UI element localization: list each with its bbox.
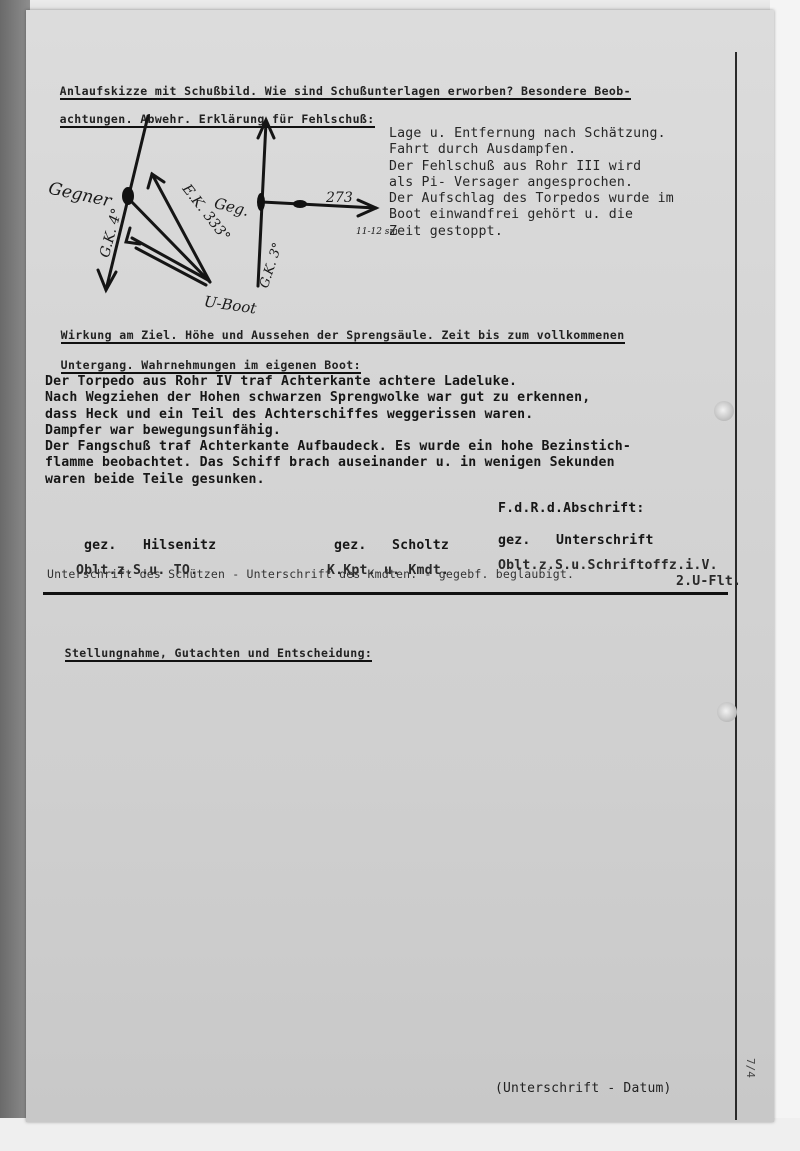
decision-signature-date: (Unterschrift - Datum): [495, 1081, 672, 1096]
effect-section-label: Wirkung am Ziel. Höhe und Aussehen der S…: [46, 314, 625, 342]
report-line: Nach Wegziehen der Hohen schwarzen Spren…: [45, 390, 631, 406]
note-line: Boot einwandfrei gehört u. die: [389, 207, 674, 223]
sketch-section-label: Anlaufskizze mit Schußbild. Wie sind Sch…: [45, 70, 631, 98]
report-line: waren beide Teile gesunken.: [45, 472, 631, 488]
certification-label: F.d.R.d.Abschrift:: [498, 501, 645, 517]
signature-gez-2: gez.: [334, 538, 367, 554]
sketch-label-bearing: 273: [326, 190, 353, 206]
report-line: Der Fangschuß traf Achterkante Aufbaudec…: [45, 439, 631, 455]
margin-mark: 7/4: [744, 1058, 757, 1078]
report-line: Der Torpedo aus Rohr IV traf Achterkante…: [45, 374, 631, 390]
punch-hole-bottom: [717, 702, 737, 722]
report-line: Dampfer war bewegungsunfähig.: [45, 423, 631, 439]
note-line: Lage u. Entfernung nach Schätzung.: [389, 126, 674, 142]
signature-name-2: Scholtz: [392, 538, 449, 554]
section-divider: [43, 592, 728, 595]
note-line: Fahrt durch Ausdampfen.: [389, 142, 674, 158]
signature-gez-3: gez.: [498, 533, 531, 549]
effect-report: Der Torpedo aus Rohr IV traf Achterkante…: [45, 374, 631, 488]
punch-hole-top: [714, 401, 734, 421]
report-line: dass Heck und ein Teil des Achterschiffe…: [45, 407, 631, 423]
effect-label-line-2: Untergang. Wahrnehmungen im eigenen Boot…: [61, 358, 361, 374]
note-line: Der Aufschlag des Torpedos wurde im: [389, 191, 674, 207]
signature-name-3: Unterschrift: [556, 533, 654, 549]
decision-label: Stellungnahme, Gutachten und Entscheidun…: [65, 646, 373, 662]
note-line: Der Fehlschuß aus Rohr III wird: [389, 159, 674, 175]
scan-backdrop-bottom: [0, 1118, 800, 1151]
scan-backdrop-right: [770, 0, 800, 1151]
decision-section-label: Stellungnahme, Gutachten und Entscheidun…: [50, 632, 372, 660]
effect-label-line-1: Wirkung am Ziel. Höhe und Aussehen der S…: [61, 328, 625, 344]
signature-name-1: Hilsenitz: [143, 538, 216, 554]
note-line: Zeit gestoppt.: [389, 224, 674, 240]
effect-section-label-2: Untergang. Wahrnehmungen im eigenen Boot…: [46, 344, 361, 372]
note-line: als Pi- Versager angesprochen.: [389, 175, 674, 191]
signature-caption: Unterschrift des Schützen - Unterschrift…: [47, 567, 574, 581]
signature-gez-1: gez.: [84, 538, 117, 554]
sketch-notes: Lage u. Entfernung nach Schätzung. Fahrt…: [389, 126, 674, 240]
report-line: flamme beobachtet. Das Schiff brach ause…: [45, 455, 631, 471]
signature-unit: 2.U-Flt.: [676, 574, 741, 590]
attack-sketch: [40, 110, 400, 320]
